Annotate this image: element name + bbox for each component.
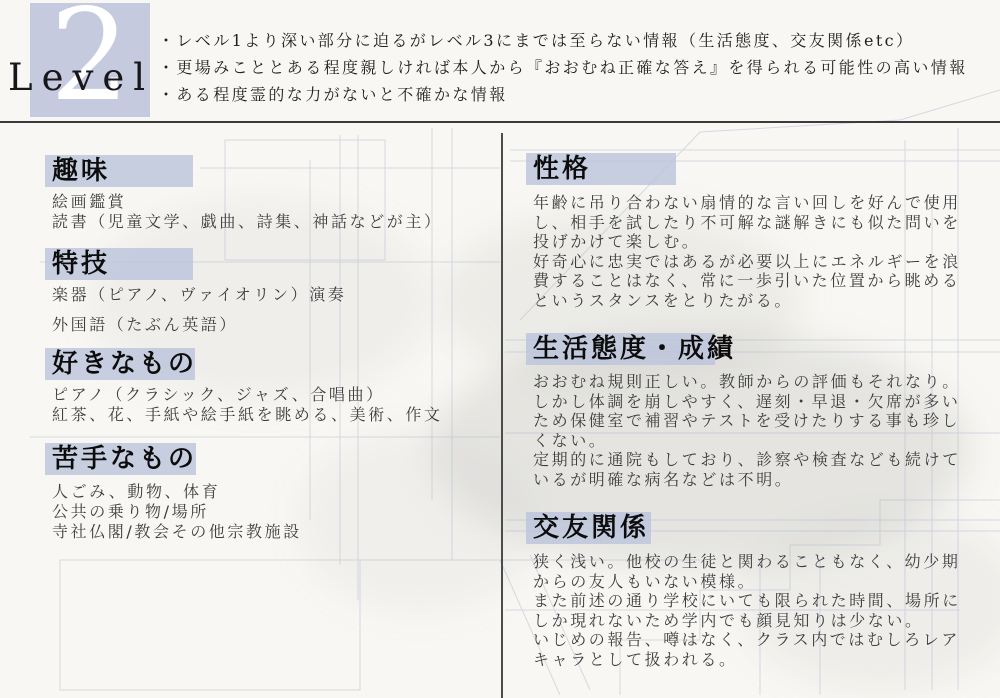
section-title-lifestyle-grades: 生活態度・成績	[526, 333, 715, 365]
text-line: くない。	[533, 431, 976, 451]
text-line: いじめの報告、噂はなく、クラス内ではむしろレア	[533, 630, 976, 650]
section-likes: 好きなもの ピアノ（クラシック、ジャズ、合唱曲） 紅茶、花、手紙や絵手紙を眺める…	[45, 348, 490, 425]
section-title-personality: 性格	[526, 153, 676, 185]
section-friendships: 交友関係 狭く浅い。他校の生徒と関わることもなく、幼少期 からの友人もいない模様…	[526, 512, 976, 669]
text-line: しかし体調を崩しやすく、遅刻・早退・欠席が多い	[533, 392, 976, 412]
section-title-skills: 特技	[45, 248, 193, 280]
text-line: おおむね規則正しい。教師からの評価もそれなり。	[533, 372, 976, 392]
section-title-dislikes: 苦手なもの	[45, 443, 196, 475]
text-line: というスタンスをとりたがる。	[533, 291, 976, 311]
text-line: 好奇心に忠実ではあるが必要以上にエネルギーを浪	[533, 252, 976, 272]
text-line: 人ごみ、動物、体育	[52, 482, 490, 502]
text-line: 年齢に吊り合わない扇情的な言い回しを好んで使用	[533, 193, 976, 213]
text-line: しか現れないため学内でも顔見知りは少ない。	[533, 611, 976, 631]
section-personality: 性格 年齢に吊り合わない扇情的な言い回しを好んで使用 し、相手を試したり不可解な…	[526, 153, 976, 310]
text-line: 公共の乗り物/場所	[52, 502, 490, 522]
section-title-friendships: 交友関係	[526, 512, 651, 544]
section-lifestyle-grades: 生活態度・成績 おおむね規則正しい。教師からの評価もそれなり。 しかし体調を崩し…	[526, 333, 976, 489]
text-line: ピアノ（クラシック、ジャズ、合唱曲）	[52, 385, 490, 405]
text-line: 読書（児童文学、戯曲、詩集、神話などが主）	[52, 212, 490, 232]
note-line: ・更場みこととある程度親しければ本人から『おおむね正確な答え』を得られる可能性の…	[158, 54, 968, 81]
text-line: また前述の通り学校にいても限られた時間、場所に	[533, 591, 976, 611]
level-notes: ・レベル1より深い部分に迫るがレベル3にまでは至らない情報（生活態度、交友関係e…	[158, 27, 968, 108]
text-line: 楽器（ピアノ、ヴァイオリン）演奏	[52, 285, 490, 305]
note-line: ・ある程度霊的な力がないと不確かな情報	[158, 81, 968, 108]
left-column: 趣味 絵画鑑賞 読書（児童文学、戯曲、詩集、神話などが主） 特技 楽器（ピアノ、…	[45, 155, 490, 542]
text-line: 費することはなく、常に一歩引いた位置から眺める	[533, 271, 976, 291]
text-line: 寺社仏閣/教会その他宗教施設	[52, 522, 490, 542]
text-line: し、相手を試したり不可解な謎解きにも似た問いを	[533, 213, 976, 233]
text-line: ため保健室で補習やテストを受けたりする事も珍し	[533, 411, 976, 431]
note-line: ・レベル1より深い部分に迫るがレベル3にまでは至らない情報（生活態度、交友関係e…	[158, 27, 968, 54]
header-divider	[0, 121, 1000, 123]
section-title-hobby: 趣味	[45, 155, 193, 187]
text-line: いるが明確な病名などは不明。	[533, 470, 976, 490]
text-line: 外国語（たぶん英語）	[52, 315, 490, 335]
text-line: 狭く浅い。他校の生徒と関わることもなく、幼少期	[533, 552, 976, 572]
right-column: 性格 年齢に吊り合わない扇情的な言い回しを好んで使用 し、相手を試したり不可解な…	[526, 153, 976, 669]
level-label: Level	[8, 56, 154, 99]
text-line: 定期的に通院もしており、診察や検査なども続けて	[533, 450, 976, 470]
text-line: 投げかけて楽しむ。	[533, 232, 976, 252]
profile-sheet: 2 Level ・レベル1より深い部分に迫るがレベル3にまでは至らない情報（生活…	[0, 0, 1000, 698]
section-skills: 特技 楽器（ピアノ、ヴァイオリン）演奏 外国語（たぶん英語）	[45, 248, 490, 335]
section-hobby: 趣味 絵画鑑賞 読書（児童文学、戯曲、詩集、神話などが主）	[45, 155, 490, 232]
text-line: 紅茶、花、手紙や絵手紙を眺める、美術、作文	[52, 405, 490, 425]
text-line: からの友人もいない模様。	[533, 572, 976, 592]
text-line: 絵画鑑賞	[52, 192, 490, 212]
section-title-likes: 好きなもの	[45, 348, 195, 380]
section-dislikes: 苦手なもの 人ごみ、動物、体育 公共の乗り物/場所 寺社仏閣/教会その他宗教施設	[45, 443, 490, 542]
text-line: キャラとして扱われる。	[533, 650, 976, 670]
column-divider	[501, 133, 503, 698]
